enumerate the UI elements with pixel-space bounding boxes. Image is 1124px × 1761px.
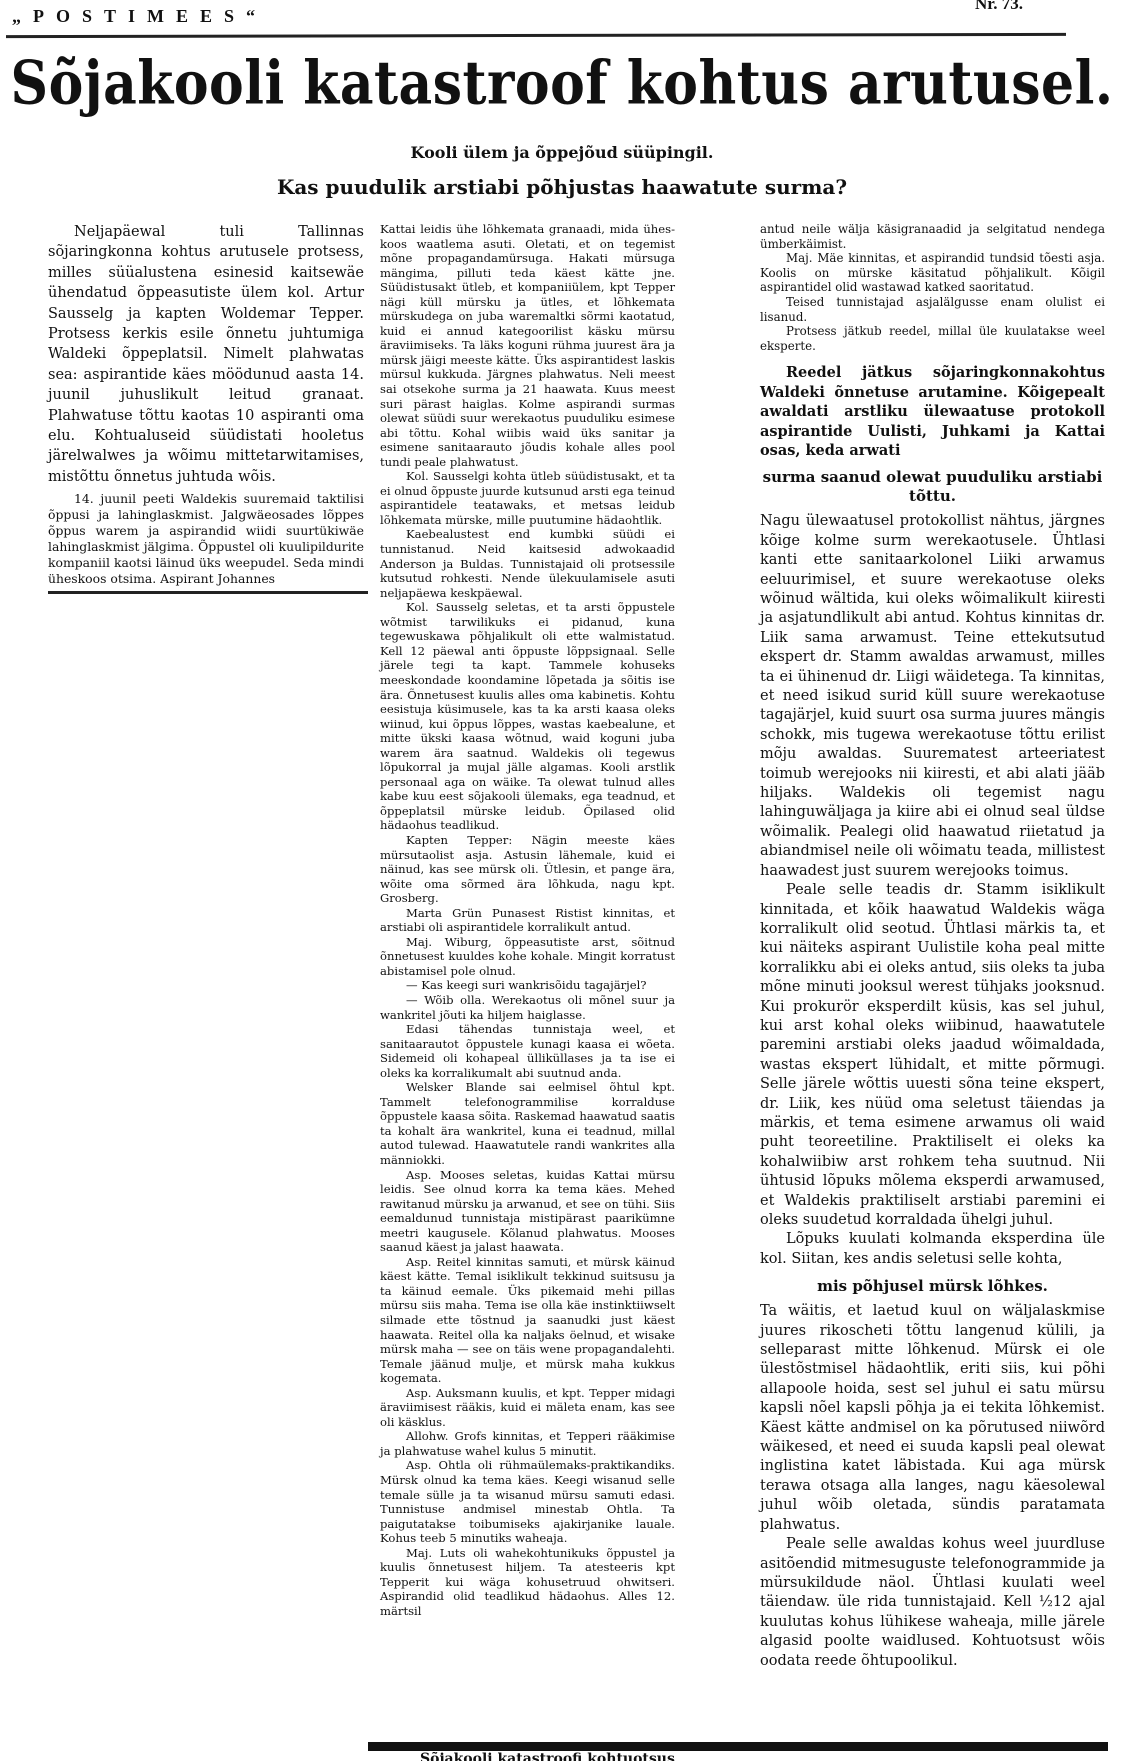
paragraph: Nagu ülewaatusel protokollist nähtus, jä… (760, 512, 1105, 881)
paragraph: Asp. Reitel kinnitas samuti, et mürsk kä… (380, 1255, 675, 1386)
article-subheadline-1: Kooli ülem ja õppejõud süüpingil. (0, 143, 1124, 162)
paragraph: — Wõib olla. Werekaotus oli mõnel suur j… (380, 993, 675, 1022)
paragraph: Marta Grün Punasest Ristist kinnitas, et… (380, 906, 675, 935)
paragraph: Lõpuks kuulati kolmanda eksperdina üle k… (760, 1230, 1105, 1269)
masthead-rule (6, 33, 1066, 38)
paragraph: 14. juunil peeti Waldekis suuremaid takt… (48, 491, 364, 587)
paragraph: Maj. Mäe kinnitas, et aspirandid tundsid… (760, 251, 1105, 295)
paragraph: Maj. Luts oli wahekohtunikuks õppustel j… (380, 1546, 675, 1619)
paragraph: Ta wäitis, et laetud kuul on wäljalaskmi… (760, 1302, 1105, 1535)
column-end-rule (48, 591, 368, 594)
article-headline: Sõjakooli katastroof kohtus arutusel. (0, 47, 1124, 121)
paragraph: Kaebealustest end kumbki süüdi ei tunnis… (380, 527, 675, 600)
section-heading: surma saanud olewat puuduliku arstiabi t… (760, 468, 1105, 506)
paragraph: Protsess jätkub reedel, millal üle kuula… (760, 324, 1105, 353)
paragraph: Edasi tähendas tunnistaja weel, et sanit… (380, 1022, 675, 1080)
paragraph: Kattai leidis ühe lõhkemata granaadi, mi… (380, 222, 675, 469)
paragraph: Welsker Blande sai eelmisel õhtul kpt. T… (380, 1080, 675, 1167)
paragraph: Asp. Mooses seletas, kuidas Kattai mürsu… (380, 1168, 675, 1255)
article-subheadline-2: Kas puudulik arstiabi põhjustas haawatut… (0, 175, 1124, 199)
paragraph: antud neile wälja käsigranaadid ja selgi… (760, 222, 1105, 251)
column-left: Neljapäewal tuli Tallinnas sõjaringkonna… (48, 222, 364, 594)
testimony-continuation: antud neile wälja käsigranaadid ja selgi… (760, 222, 1105, 353)
masthead: „POSTIMEES“ Nr. 73. (0, 0, 1124, 40)
lead-paragraph: Neljapäewal tuli Tallinnas sõjaringkonna… (48, 222, 364, 487)
friday-paragraph: Reedel jätkus sõjaringkonnakohtus Waldek… (760, 363, 1105, 460)
next-article-cutoff: Sõjakooli katastroofi kohtuotsus (420, 1752, 1110, 1761)
paragraph: Kapten Tepper: Nägin meeste käes mürsuta… (380, 833, 675, 906)
section-heading: mis põhjusel mürsk lõhkes. (760, 1277, 1105, 1296)
column-right: antud neile wälja käsigranaadid ja selgi… (760, 222, 1105, 1671)
paragraph: Kol. Sausselg seletas, et ta arsti õppus… (380, 600, 675, 833)
paragraph: Allohw. Grofs kinnitas, et Tepperi rääki… (380, 1429, 675, 1458)
paragraph: — Kas keegi suri wankrisõidu tagajärjel? (380, 978, 675, 993)
paragraph: Asp. Auksmann kuulis, et kpt. Tepper mid… (380, 1386, 675, 1430)
paragraph: Peale selle awaldas kohus weel juurdluse… (760, 1535, 1105, 1671)
issue-number: Nr. 73. (975, 0, 1023, 14)
paragraph: Teised tunnistajad asjalälgusse enam olu… (760, 295, 1105, 324)
footer-rule (368, 1742, 1108, 1751)
paragraph: Peale selle teadis dr. Stamm isiklikult … (760, 881, 1105, 1230)
column-middle: Kattai leidis ühe lõhkemata granaadi, mi… (380, 222, 675, 1619)
paragraph: Asp. Ohtla oli rühmaülemaks-praktikandik… (380, 1458, 675, 1545)
newspaper-name: „POSTIMEES“ (12, 6, 267, 27)
paragraph: Kol. Sausselgi kohta ütleb süüdistusakt,… (380, 469, 675, 527)
paragraph: Maj. Wiburg, õppeasutiste arst, sõitnud … (380, 935, 675, 979)
